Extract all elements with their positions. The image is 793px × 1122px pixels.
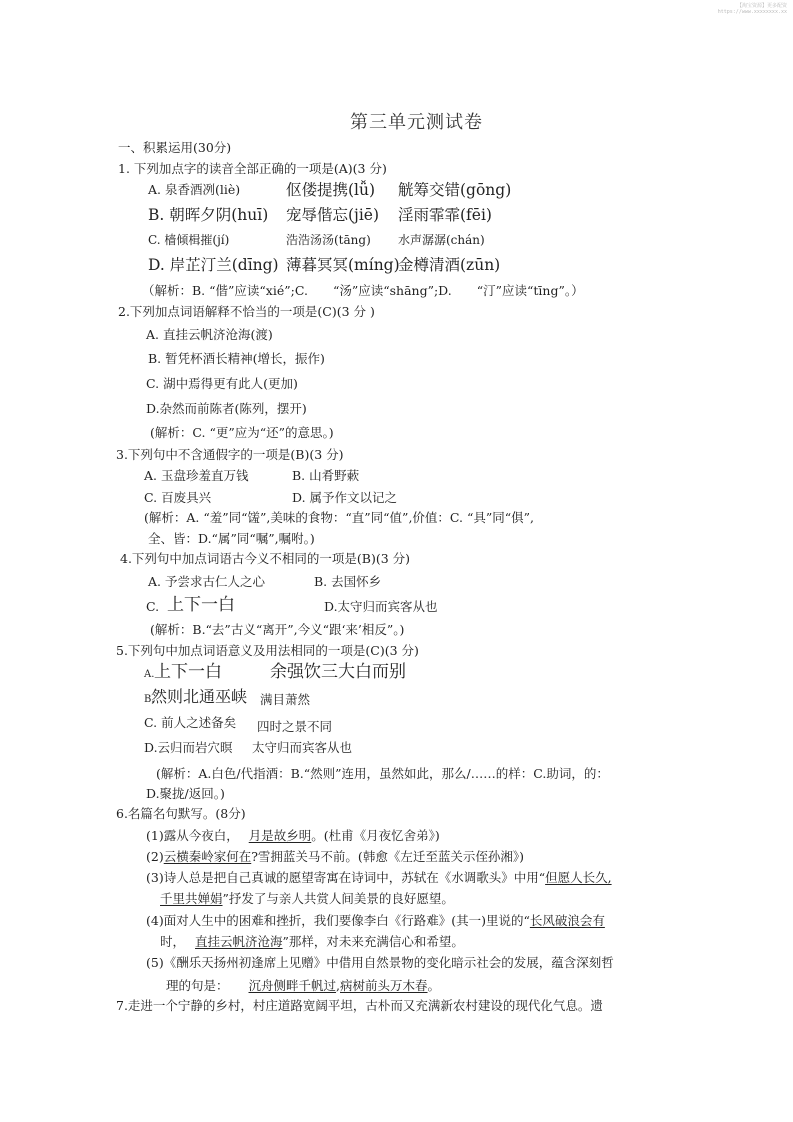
q1-option-a-3: 觥筹交错(gōng) [398,182,511,198]
q5-option-a-label: A. [144,667,154,683]
q4-option-b: B. 去国怀乡 [314,574,381,590]
q5-option-a-1: 上下一白 [154,664,222,680]
q5-option-d-2: 太守归而宾客从也 [252,740,352,756]
q6-item-5-line-1: (5)《酬乐天扬州初逢席上见赠》中借用自然景物的变化暗示社会的发展，蕴含深刻哲 [146,955,614,971]
q1-analysis: （解析：B. “偕”应读“xié”;C. “汤”应读“shāng”;D. “汀”… [142,283,584,299]
q6-item-3-rest: ”抒发了与亲人共赏人间美景的良好愿望。 [223,891,454,906]
q5-option-d-1: D.云归而岩穴暝 [144,740,233,756]
q6-item-4-rest: ”那样，对未来充满信心和希望。 [283,934,464,949]
q3-option-a: A. 玉盘珍羞直万钱 [144,468,248,484]
q6-item-5-answer-1: 沉舟侧畔千帆过 [249,978,337,993]
q6-item-2-number: (2) [146,849,164,864]
q1-option-d-3: 金樽清酒(zūn) [398,257,500,273]
q6-item-2: (2)云横秦岭家何在?雪拥蓝关马不前。(韩愈《左迁至蓝关示侄孙湘》) [146,849,524,865]
q6-item-5-prompt: 理的句是： [166,978,229,993]
q1-option-b-1: B. 朝晖夕阴(huī) [148,207,268,223]
q6-item-3-line-1: (3)诗人总是把自己真诚的愿望寄寓在诗词中，苏轼在《水调歌头》中用“但愿人长久, [146,870,612,886]
q2-option-a: A. 直挂云帆济沧海(渡) [146,327,273,343]
q6-item-5-answer-2: 病树前头万木春 [340,978,428,993]
q1-option-d-1: D. 岸芷汀兰(dīng) [148,257,279,273]
watermark: 【淘宝资源】更多配资 https://www.xxxxxxxx.xx [718,3,787,15]
q6-item-1-prompt: (1)露从今夜白， [146,828,239,843]
q4-option-d: D.太守归而宾客从也 [324,599,438,615]
q3-option-c: C. 百废具兴 [144,490,211,506]
q5-analysis-1: (解析：A.白色/代指酒：B.“然则”连用，虽然如此，那么/……的样：C.助词，… [156,766,609,782]
page-title: 第三单元测试卷 [0,108,793,134]
q5-stem: 5.下列句中加点词语意义及用法相同的一项是(C)(3 分) [116,643,419,659]
q6-item-3-line-2: 千里共婵娟”抒发了与亲人共赏人间美景的良好愿望。 [160,891,454,907]
q6-item-2-answer: 云横秦岭家何在 [164,849,252,864]
q3-option-d: D. 属予作文以记之 [292,490,397,506]
q1-option-c-3: 水声潺潺(chán) [398,232,485,248]
q1-option-a-2: 伛偻提携(lǚ) [286,182,375,198]
q2-option-c: C. 湖中焉得更有此人(更加) [146,376,298,392]
q3-analysis-2: 全、皆：D.“属”同“嘱”,嘱咐。) [148,531,315,547]
q5-option-c-2: 四时之景不同 [257,719,332,735]
q6-item-2-rest: ?雪拥蓝关马不前。(韩愈《左迁至蓝关示侄孙湘》) [251,849,524,864]
q4-analysis: (解析：B.“去”古义“离开”,今义“跟‘来’相反”。) [150,622,404,638]
q6-item-1-answer: 月是故乡明 [249,828,312,843]
q4-option-c-label: C. [146,599,159,615]
q1-option-d-2: 薄暮冥冥(míng) [286,257,400,273]
q1-option-c-2: 浩浩汤汤(tāng) [286,232,371,248]
q6-item-4-line-2: 时，直挂云帆济沧海”那样，对未来充满信心和希望。 [160,934,464,950]
q6-item-5-line-2: 理的句是：沉舟侧畔千帆过,病树前头万木春。 [166,978,440,994]
q2-analysis: (解析：C. “更”应为“还”的意思。) [150,425,334,441]
q5-option-b-2: 满目萧然 [260,692,310,708]
q6-item-1: (1)露从今夜白，月是故乡明。(杜甫《月夜忆舍弟》) [146,828,440,844]
q6-item-4-prompt: (4)面对人生中的困难和挫折，我们要像李白《行路难》(其一)里说的“ [146,913,530,928]
q6-stem: 6.名篇名句默写。(8分) [116,806,246,822]
q3-option-b: B. 山肴野蔌 [292,468,359,484]
q1-option-c-1: C. 樯倾楫摧(jí) [148,232,229,248]
q3-analysis-1: (解析：A. “羞”同“馐”,美味的食物：“直”同“值”,价值：C. “具”同“… [144,510,534,526]
q6-item-5-end: 。 [428,978,441,993]
q6-item-3-answer-1: 但愿人长久, [545,870,611,885]
q3-stem: 3.下列句中不含通假字的一项是(B)(3 分) [116,447,344,463]
q5-option-c-1: C. 前人之述备矣 [144,715,236,731]
q1-option-b-2: 宠辱偕忘(jiē) [286,207,379,223]
q4-stem: 4.下列句中加点词语古今义不相同的一项是(B)(3 分) [120,551,410,567]
watermark-line-2: https://www.xxxxxxxx.xx [718,9,787,15]
q7-stem: 7.走进一个宁静的乡村，村庄道路宽阔平坦，古朴而又充满新农村建设的现代化气息。遗 [116,998,603,1014]
q4-option-a: A. 予尝求古仁人之心 [148,574,265,590]
q4-option-c: 上下一白 [167,597,235,613]
q6-item-3-answer-2: 千里共婵娟 [160,891,223,906]
q2-option-d: D.杂然而前陈者(陈列，摆开) [146,401,307,417]
q5-option-a-2: 余强饮三大白而别 [270,664,406,680]
section-heading: 一、积累运用(30分) [118,140,231,156]
q1-option-b-3: 淫雨霏霏(fēi) [398,207,492,223]
q6-item-4-mid: 时， [160,934,185,949]
q2-stem: 2.下列加点词语解释不恰当的一项是(C)(3 分 ) [118,304,375,320]
q5-analysis-2: D.聚拢/返回。) [146,786,225,802]
q6-item-3-prompt: (3)诗人总是把自己真诚的愿望寄寓在诗词中，苏轼在《水调歌头》中用“ [146,870,545,885]
q6-item-1-source: 。(杜甫《月夜忆舍弟》) [311,828,440,843]
q1-stem: 1. 下列加点字的读音全部正确的一项是(A)(3 分) [118,161,387,177]
q5-option-b-1: 然则北通巫峡 [151,689,247,705]
q6-item-4-line-1: (4)面对人生中的困难和挫折，我们要像李白《行路难》(其一)里说的“长风破浪会有 [146,913,605,929]
q1-option-a-1: A. 泉香酒冽(liè) [148,182,240,198]
q6-item-4-answer-1: 长风破浪会有 [530,913,605,928]
q6-item-4-answer-2: 直挂云帆济沧海 [195,934,283,949]
q2-option-b: B. 暂凭杯酒长精神(增长，振作) [148,351,325,367]
